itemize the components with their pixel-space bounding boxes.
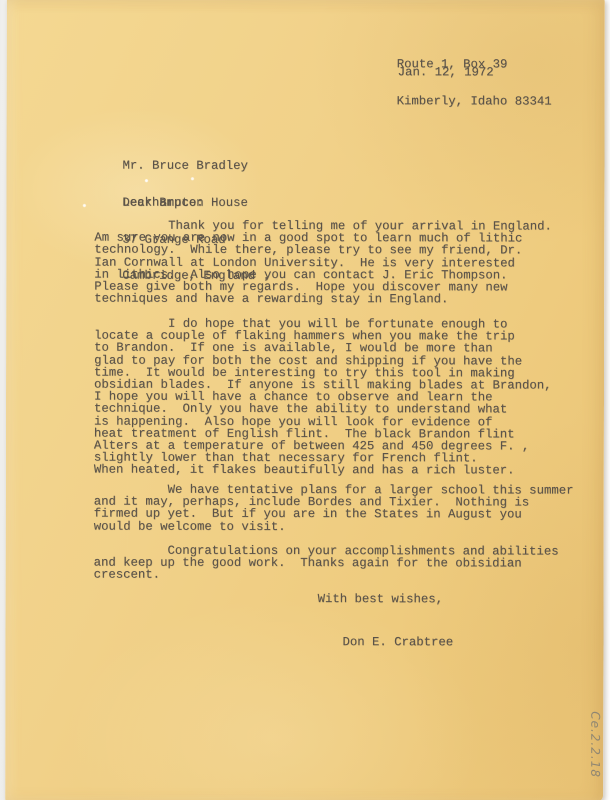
body-paragraph-4: Congratulations on your accomplishments … bbox=[94, 545, 559, 583]
scanned-letter-page: Route 1, Box 39 Kimberly, Idaho 83341 Ja… bbox=[0, 0, 610, 800]
letter-date: Jan. 12, 1972 bbox=[398, 66, 494, 78]
salutation: Dear Bruce: bbox=[122, 197, 203, 209]
closing-line: With best wishes, bbox=[318, 593, 443, 605]
signature-name: Don E. Crabtree bbox=[342, 636, 453, 648]
handwritten-catalog-number: Ce.2.2.18 bbox=[586, 701, 602, 789]
body-paragraph-1: Thank you for telling me of your arrival… bbox=[94, 220, 552, 306]
recipient-name: Mr. Bruce Bradley bbox=[122, 160, 270, 173]
return-address-line-2: Kimberly, Idaho 83341 bbox=[397, 95, 552, 108]
return-address: Route 1, Box 39 Kimberly, Idaho 83341 bbox=[397, 34, 552, 132]
letter-paper: Route 1, Box 39 Kimberly, Idaho 83341 Ja… bbox=[5, 0, 605, 800]
body-paragraph-2: I do hope that you will be fortunate eno… bbox=[94, 318, 552, 478]
body-paragraph-3: We have tentative plans for a larger sch… bbox=[94, 484, 574, 534]
